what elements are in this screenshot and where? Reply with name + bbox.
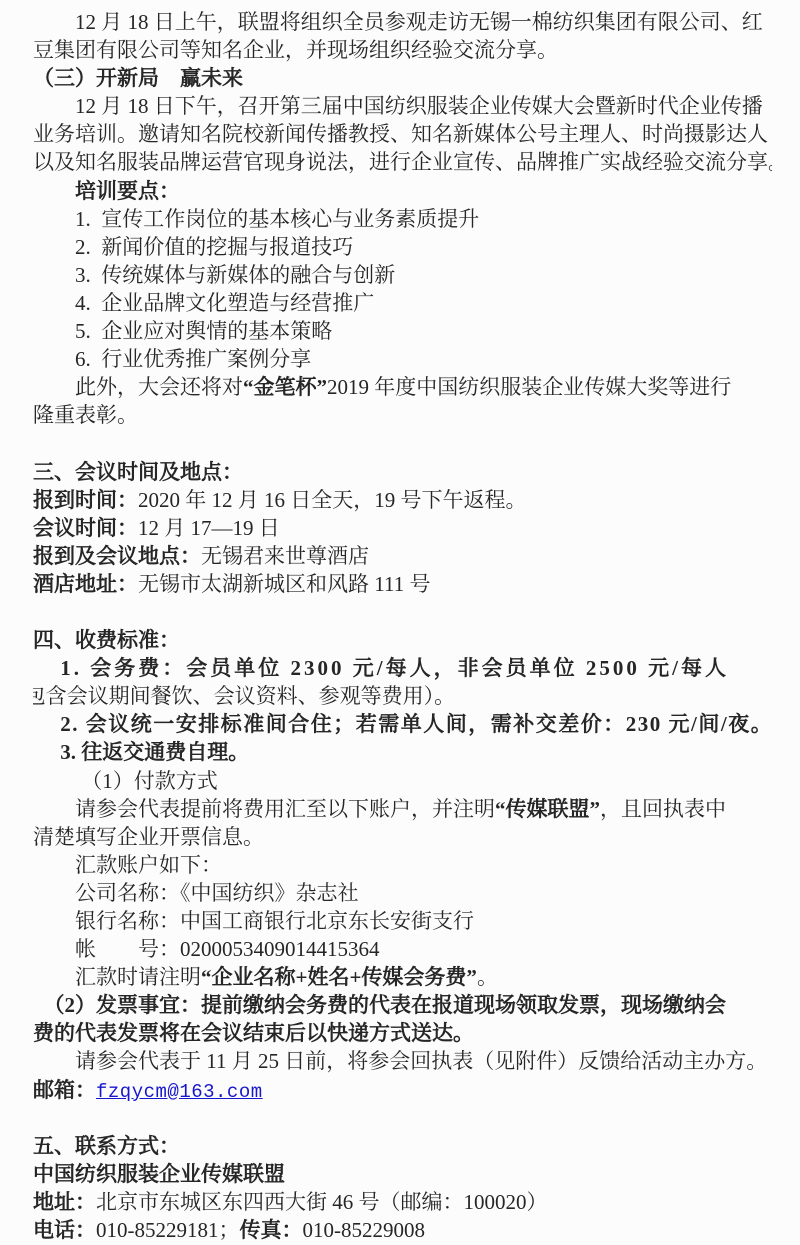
list-item-5: 5. 企业应对舆情的基本策略 (33, 317, 772, 345)
remit-account-heading: 汇款账户如下： (33, 851, 772, 879)
text-segment: 2020 年 12 月 16 日全天，19 号下午返程。 (138, 488, 527, 512)
address-line: 地址：北京市东城区东四西大街 46 号（邮编：100020） (33, 1188, 772, 1216)
text-segment: 。 (477, 965, 498, 989)
text-segment: 以及知名服装品牌运营官现身说法，进行企业宣传、品牌推广实战经验交流分享。 (33, 150, 772, 174)
paragraph-line: 此外，大会还将对“金笔杯”2019 年度中国纺织服装企业传媒大奖等进行 (33, 373, 772, 401)
subsection-heading-3: （三）开新局 赢未来 (33, 64, 772, 92)
text-segment: 2019 年度中国纺织服装企业传媒大奖等进行 (327, 375, 731, 399)
text-segment: 请参会代表于 11 月 25 日前，将参会回执表（见附件）反馈给活动主办方。 (75, 1049, 767, 1073)
payment-method-heading: （1）付款方式 (33, 767, 772, 795)
text-segment: 12 月 18 日下午，召开第三届中国纺织服装企业传媒大会暨新时代企业传播 (75, 94, 763, 118)
paragraph-line: 以及知名服装品牌运营官现身说法，进行企业宣传、品牌推广实战经验交流分享。 (33, 148, 772, 176)
text-segment: 五、联系方式： (33, 1134, 180, 1158)
text-segment: 豆集团有限公司等知名企业，并现场组织经验交流分享。 (33, 38, 558, 62)
account-number-line: 帐 号：0200053409014415364 (33, 935, 772, 963)
text-segment: “金笔杯” (243, 375, 327, 399)
training-points-heading: 培训要点： (33, 177, 772, 205)
paragraph-line: 请参会代表提前将费用汇至以下账户，并注明“传媒联盟”，且回执表中 (33, 795, 772, 823)
invoice-line: （2）发票事宜：提前缴纳会务费的代表在报道现场领取发票，现场缴纳会 (33, 991, 772, 1019)
section-heading-4: 四、收费标准： (33, 626, 772, 654)
paragraph-line: 清楚填写企业开票信息。 (33, 823, 772, 851)
reply-deadline-line: 请参会代表于 11 月 25 日前，将参会回执表（见附件）反馈给活动主办方。 (33, 1047, 772, 1075)
meeting-place-line: 报到及会议地点：无锡君来世尊酒店 (33, 542, 772, 570)
text-segment: 无锡市太湖新城区和风路 111 号 (138, 572, 430, 596)
text-segment: 3. 往返交通费自理。 (60, 740, 249, 764)
registration-time-line: 报到时间：2020 年 12 月 16 日全天，19 号下午返程。 (33, 486, 772, 514)
text-segment: 4. 企业品牌文化塑造与经营推广 (75, 291, 374, 315)
text-segment: 四、收费标准： (33, 628, 180, 652)
section-heading-3: 三、会议时间及地点： (33, 458, 772, 486)
organizer-name-line: 中国纺织服装企业传媒联盟 (33, 1160, 772, 1188)
list-item-3: 3. 传统媒体与新媒体的融合与创新 (33, 261, 772, 289)
blank-line (33, 1104, 772, 1132)
text-segment: 隆重表彰。 (33, 403, 138, 427)
text-segment: 3. 传统媒体与新媒体的融合与创新 (75, 263, 395, 287)
section-heading-5: 五、联系方式： (33, 1132, 772, 1160)
text-segment: 费的代表发票将在会议结束后以快递方式送达。 (33, 1021, 474, 1045)
text-segment: （包含会议期间餐饮、会议资料、参观等费用）。 (33, 684, 455, 708)
list-item-4: 4. 企业品牌文化塑造与经营推广 (33, 289, 772, 317)
text-segment: 报到及会议地点： (33, 544, 201, 568)
text-segment: （1）付款方式 (81, 769, 218, 793)
email-link[interactable]: fzqycm@163.com (96, 1081, 263, 1103)
text-segment: 公司名称：《中国纺织》杂志社 (75, 881, 359, 905)
remit-note-line: 汇款时请注明“企业名称+姓名+传媒会务费”。 (33, 963, 772, 991)
text-segment: 汇款账户如下： (75, 853, 222, 877)
fee-line-1-note: （包含会议期间餐饮、会议资料、参观等费用）。 (33, 682, 772, 710)
text-segment: （2）发票事宜：提前缴纳会务费的代表在报道现场领取发票，现场缴纳会 (44, 993, 727, 1017)
text-segment: 业务培训。邀请知名院校新闻传播教授、知名新媒体公号主理人、时尚摄影达人 (33, 122, 768, 146)
text-segment: 此外，大会还将对 (75, 375, 243, 399)
paragraph-line: 12 月 18 日上午，联盟将组织全员参观走访无锡一棉纺织集团有限公司、红 (33, 8, 772, 36)
text-segment: 邮箱： (33, 1078, 96, 1102)
text-segment: 010-85229181； (96, 1218, 240, 1242)
paragraph-line: 豆集团有限公司等知名企业，并现场组织经验交流分享。 (33, 36, 772, 64)
text-segment: 银行名称：中国工商银行北京东长安街支行 (75, 909, 474, 933)
paragraph-line: 业务培训。邀请知名院校新闻传播教授、知名新媒体公号主理人、时尚摄影达人 (33, 120, 772, 148)
paragraph-line: 隆重表彰。 (33, 401, 772, 429)
text-segment: 培训要点： (75, 179, 180, 203)
blank-line (33, 429, 772, 457)
text-segment: 2. 新闻价值的挖掘与报道技巧 (75, 235, 353, 259)
text-segment: 2. 会议统一安排标准间合住；若需单人间，需补交差价：230 元/间/夜。 (60, 712, 772, 736)
text-segment: 请参会代表提前将费用汇至以下账户，并注明 (75, 797, 495, 821)
text-segment: 12 月 17—19 日 (138, 516, 280, 540)
text-segment: ，且回执表中 (600, 797, 726, 821)
meeting-time-line: 会议时间：12 月 17—19 日 (33, 514, 772, 542)
paragraph-line: 12 月 18 日下午，召开第三届中国纺织服装企业传媒大会暨新时代企业传播 (33, 92, 772, 120)
document-page: 12 月 18 日上午，联盟将组织全员参观走访无锡一棉纺织集团有限公司、红豆集团… (0, 0, 800, 1245)
text-segment: 中国纺织服装企业传媒联盟 (33, 1162, 285, 1186)
text-segment: 无锡君来世尊酒店 (201, 544, 369, 568)
list-item-6: 6. 行业优秀推广案例分享 (33, 345, 772, 373)
text-segment: “传媒联盟” (495, 797, 600, 821)
text-segment: 报到时间： (33, 488, 138, 512)
phone-fax-line: 电话：010-85229181；传真：010-85229008 (33, 1216, 772, 1244)
text-segment: 汇款时请注明 (75, 965, 201, 989)
text-segment: 酒店地址： (33, 572, 138, 596)
text-segment: 三、会议时间及地点： (33, 460, 243, 484)
text-segment: （三）开新局 赢未来 (33, 66, 243, 90)
fee-line-1: 1. 会务费：会员单位 2300 元/每人，非会员单位 2500 元/每人 (33, 654, 772, 682)
fee-line-3: 3. 往返交通费自理。 (33, 738, 772, 766)
text-segment: 地址： (33, 1190, 96, 1214)
text-segment: “企业名称+姓名+传媒会务费” (201, 965, 477, 989)
text-segment: 1. 会务费：会员单位 2300 元/每人，非会员单位 2500 元/每人 (60, 656, 729, 680)
text-segment: 12 月 18 日上午，联盟将组织全员参观走访无锡一棉纺织集团有限公司、红 (75, 10, 763, 34)
text-segment: 5. 企业应对舆情的基本策略 (75, 319, 332, 343)
fee-line-2: 2. 会议统一安排标准间合住；若需单人间，需补交差价：230 元/间/夜。 (33, 710, 772, 738)
text-segment: 6. 行业优秀推广案例分享 (75, 347, 311, 371)
blank-line (33, 598, 772, 626)
company-name-line: 公司名称：《中国纺织》杂志社 (33, 879, 772, 907)
text-segment: 电话： (33, 1218, 96, 1242)
hotel-address-line: 酒店地址：无锡市太湖新城区和风路 111 号 (33, 570, 772, 598)
email-line: 邮箱：fzqycm@163.com (33, 1076, 772, 1104)
list-item-2: 2. 新闻价值的挖掘与报道技巧 (33, 233, 772, 261)
text-segment: 清楚填写企业开票信息。 (33, 825, 264, 849)
document-body: 12 月 18 日上午，联盟将组织全员参观走访无锡一棉纺织集团有限公司、红豆集团… (33, 8, 772, 1244)
text-segment: 会议时间： (33, 516, 138, 540)
list-item-1: 1. 宣传工作岗位的基本核心与业务素质提升 (33, 205, 772, 233)
text-segment: 北京市东城区东四西大街 46 号（邮编：100020） (96, 1190, 548, 1214)
text-segment: 传真： (240, 1218, 303, 1242)
text-segment: 1. 宣传工作岗位的基本核心与业务素质提升 (75, 207, 479, 231)
bank-name-line: 银行名称：中国工商银行北京东长安街支行 (33, 907, 772, 935)
invoice-line-2: 费的代表发票将在会议结束后以快递方式送达。 (33, 1019, 772, 1047)
text-segment: 010-85229008 (303, 1218, 426, 1242)
text-segment: 帐 号：0200053409014415364 (75, 937, 380, 961)
